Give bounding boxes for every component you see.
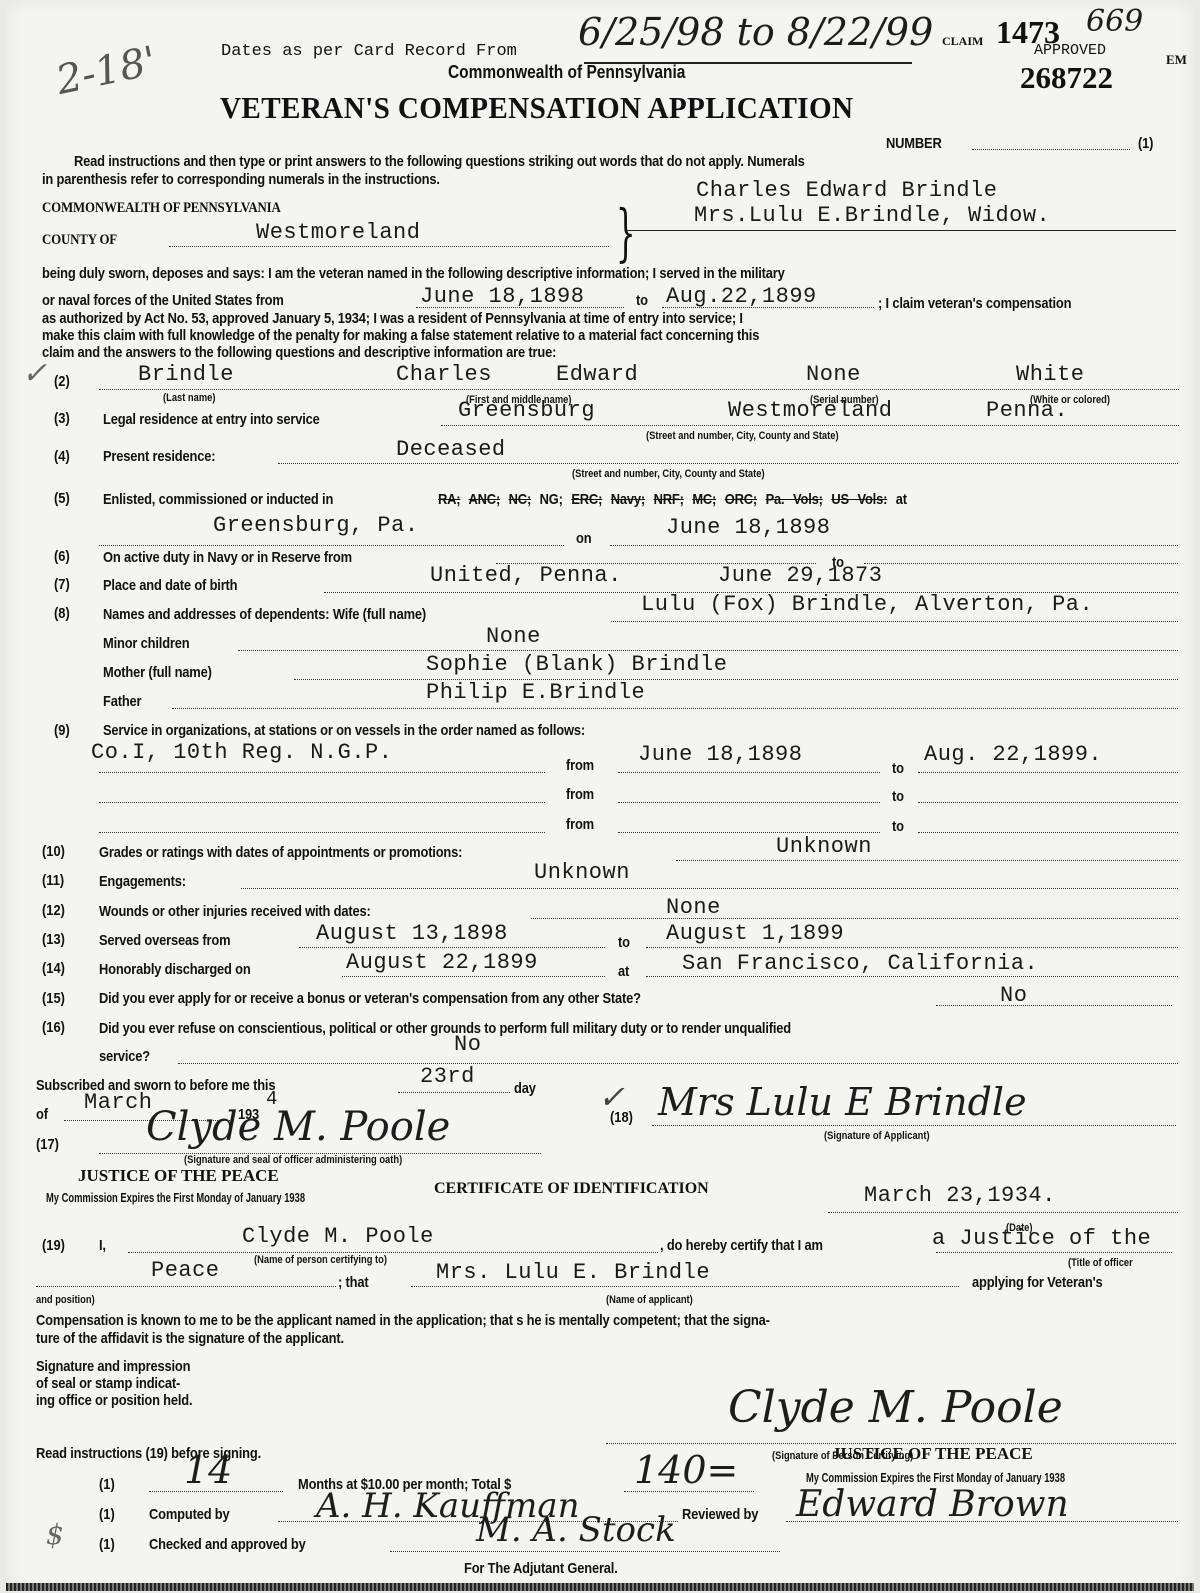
number-ref: (1) bbox=[1138, 135, 1153, 152]
q5-place: Greensburg, Pa. bbox=[213, 513, 419, 538]
oath-to-label: to bbox=[636, 292, 648, 309]
q5-option-ra: RA; bbox=[438, 491, 460, 508]
officer-title-value-1: a Justice of the bbox=[932, 1226, 1151, 1251]
q2-serial: None bbox=[806, 362, 861, 387]
officer-title-field[interactable] bbox=[936, 1252, 1172, 1253]
q8-children: None bbox=[486, 624, 541, 649]
q2-number: (2) bbox=[54, 373, 70, 390]
margin-annotation: 2-18' bbox=[52, 38, 160, 104]
q9-row1-from-label: from bbox=[566, 757, 594, 774]
q8-father-label: Father bbox=[103, 693, 141, 710]
months-value: 14 bbox=[184, 1448, 232, 1492]
q5-options: RA; ANC; NC; NG; ERC; Navy; NRF; MC; ORC… bbox=[438, 491, 907, 508]
officer-caption: (Signature and seal of officer administe… bbox=[184, 1154, 402, 1166]
q4-field[interactable] bbox=[278, 463, 1178, 464]
q10-field[interactable] bbox=[676, 860, 1178, 861]
q8-label: Names and addresses of dependents: Wife … bbox=[103, 606, 426, 623]
q14-date-field[interactable] bbox=[342, 976, 605, 977]
applicant-name: Mrs. Lulu E. Brindle bbox=[436, 1260, 710, 1285]
q2-last-name: Brindle bbox=[138, 362, 234, 387]
q9-row2-to-field[interactable] bbox=[918, 802, 1178, 803]
oath-line2-prefix: or naval forces of the United States fro… bbox=[42, 292, 284, 309]
card-record-label: Dates as per Card Record From bbox=[221, 42, 517, 61]
instructions-line1: Read instructions and then type or print… bbox=[74, 153, 805, 170]
q16-label-continued: service? bbox=[99, 1048, 150, 1065]
q12-value: None bbox=[666, 895, 721, 920]
q9-row1-org: Co.I, 10th Reg. N.G.P. bbox=[91, 740, 392, 765]
q2-caption-last: (Last name) bbox=[163, 392, 215, 404]
that-label: ; that bbox=[338, 1274, 369, 1291]
county-label: COUNTY OF bbox=[42, 232, 117, 249]
affiant-widow: Mrs.Lulu E.Brindle, Widow. bbox=[694, 203, 1050, 228]
brace: } bbox=[616, 196, 636, 269]
oath-line3: as authorized by Act No. 53, approved Ja… bbox=[42, 310, 743, 327]
q7-number: (7) bbox=[54, 576, 70, 593]
q9-row1-from-field[interactable] bbox=[618, 772, 880, 773]
q11-number: (11) bbox=[42, 872, 64, 889]
total-value: 140= bbox=[634, 1448, 738, 1492]
q3-caption: (Street and number, City, County and Sta… bbox=[646, 430, 839, 442]
checked-signature: M. A. Stock bbox=[476, 1510, 676, 1550]
computed-label: Computed by bbox=[149, 1506, 230, 1523]
q13-from-field[interactable] bbox=[299, 947, 605, 948]
q10-number: (10) bbox=[42, 843, 65, 860]
form-title: VETERAN'S COMPENSATION APPLICATION bbox=[220, 90, 853, 126]
q2-first-name: Charles bbox=[396, 362, 492, 387]
jurat-of-label: of bbox=[36, 1106, 48, 1123]
q9-row3-org-field[interactable] bbox=[99, 832, 545, 833]
bottom-border bbox=[6, 1583, 1194, 1591]
certifier-stamp-commission: My Commission Expires the First Monday o… bbox=[806, 1470, 1065, 1485]
certifier-signature: Clyde M. Poole bbox=[728, 1382, 1063, 1433]
q9-row3-to-field[interactable] bbox=[918, 832, 1178, 833]
q12-label: Wounds or other injuries received with d… bbox=[99, 903, 371, 920]
officer-stamp-title: JUSTICE OF THE PEACE bbox=[78, 1166, 279, 1186]
jurat-day-field[interactable] bbox=[398, 1092, 510, 1093]
q9-label: Service in organizations, at stations or… bbox=[103, 722, 585, 739]
q4-number: (4) bbox=[54, 448, 70, 465]
county-field[interactable] bbox=[169, 246, 609, 247]
service-from-value: June 18,1898 bbox=[420, 284, 584, 309]
q7-label: Place and date of birth bbox=[103, 577, 237, 594]
q12-number: (12) bbox=[42, 902, 65, 919]
affiant-field[interactable] bbox=[626, 230, 1176, 231]
q13-from: August 13,1898 bbox=[316, 921, 508, 946]
applicant-signature-field[interactable] bbox=[652, 1125, 1176, 1126]
q2-race: White bbox=[1016, 362, 1085, 387]
q9-row1-to-label: to bbox=[892, 760, 904, 777]
q5-option-navy: Navy; bbox=[611, 491, 645, 508]
q5-at-label: at bbox=[896, 491, 907, 508]
check-mark-icon: ✓ bbox=[22, 356, 47, 391]
q3-state: Penna. bbox=[986, 398, 1068, 423]
reviewed-signature: Edward Brown bbox=[796, 1484, 1069, 1525]
q15-label: Did you ever apply for or receive a bonu… bbox=[99, 990, 641, 1007]
applicant-name-caption: (Name of applicant) bbox=[606, 1294, 693, 1306]
state-label: COMMONWEALTH OF PENNSYLVANIA bbox=[42, 200, 281, 217]
adjutant-label: For The Adjutant General. bbox=[464, 1560, 618, 1577]
q3-label: Legal residence at entry into service bbox=[103, 411, 320, 428]
card-record-dates: 6/25/98 to 8/22/99 bbox=[578, 10, 933, 54]
q9-row3-from-label: from bbox=[566, 816, 594, 833]
q8-mother: Sophie (Blank) Brindle bbox=[426, 652, 727, 677]
certificate-title: CERTIFICATE OF IDENTIFICATION bbox=[434, 1180, 709, 1198]
q4-value: Deceased bbox=[396, 437, 506, 462]
q3-number: (3) bbox=[54, 410, 70, 427]
q2-middle-name: Edward bbox=[556, 362, 638, 387]
q5-option-us-vols: US Vols: bbox=[831, 491, 887, 508]
position-caption: and position) bbox=[36, 1294, 95, 1306]
oath-line2-suffix: ; I claim veteran's compensation bbox=[878, 295, 1071, 312]
q16-label: Did you ever refuse on conscientious, po… bbox=[99, 1020, 791, 1037]
commonwealth-heading: Commonwealth of Pennsylvania bbox=[448, 62, 685, 83]
certify-text: , do hereby certify that I am bbox=[660, 1237, 823, 1254]
q16-field[interactable] bbox=[178, 1063, 1178, 1064]
q7-date: June 29,1873 bbox=[718, 563, 882, 588]
q5-option-mc: MC; bbox=[692, 491, 716, 508]
q10-value: Unknown bbox=[776, 834, 872, 859]
q5-date: June 18,1898 bbox=[666, 515, 830, 540]
q11-label: Engagements: bbox=[99, 873, 186, 890]
jurat-month-value: March bbox=[84, 1090, 153, 1115]
margin-dollar-mark: $ bbox=[46, 1518, 64, 1551]
q7-place: United, Penna. bbox=[430, 563, 622, 588]
q5-option-nc: NC; bbox=[509, 491, 531, 508]
q9-row2-org-field[interactable] bbox=[99, 802, 545, 803]
number-label: NUMBER bbox=[886, 135, 942, 152]
applicant-name-field[interactable] bbox=[411, 1286, 959, 1287]
checked-label: Checked and approved by bbox=[149, 1536, 306, 1553]
q4-label: Present residence: bbox=[103, 448, 215, 465]
certifier-name: Clyde M. Poole bbox=[242, 1224, 434, 1249]
q13-to-label: to bbox=[618, 934, 630, 951]
q14-place-field[interactable] bbox=[646, 976, 1178, 977]
certificate-date-value: March 23,1934. bbox=[864, 1183, 1056, 1208]
certificate-body-line1: Compensation is known to me to be the ap… bbox=[36, 1312, 770, 1329]
q9-row2-from-label: from bbox=[566, 786, 594, 803]
jurat-day-value: 23rd bbox=[420, 1064, 475, 1089]
q5-option-erc: ERC; bbox=[571, 491, 602, 508]
q16-value: No bbox=[454, 1032, 481, 1057]
q11-value: Unknown bbox=[534, 860, 630, 885]
approved-label: APPROVED bbox=[1034, 42, 1106, 59]
service-to-value: Aug.22,1899 bbox=[666, 284, 817, 309]
q3-field[interactable] bbox=[441, 425, 1179, 426]
q5-option-nrf: NRF; bbox=[654, 491, 684, 508]
q5-label: Enlisted, commissioned or inducted in bbox=[103, 491, 333, 508]
jurat-17-number: (17) bbox=[36, 1136, 59, 1153]
oath-line4: make this claim with full knowledge of t… bbox=[42, 327, 759, 344]
q14-number: (14) bbox=[42, 960, 65, 977]
q9-row1-from: June 18,1898 bbox=[638, 742, 802, 767]
number-field[interactable] bbox=[972, 149, 1130, 150]
approved-number: 268722 bbox=[1020, 60, 1113, 96]
seal-label-2: of seal or stamp indicat- bbox=[36, 1375, 180, 1392]
seal-label-1: Signature and impression bbox=[36, 1358, 190, 1375]
applying-text: applying for Veteran's bbox=[972, 1274, 1102, 1291]
q9-row1-to: Aug. 22,1899. bbox=[924, 742, 1102, 767]
q5-on-label: on bbox=[576, 530, 591, 547]
q10-label: Grades or ratings with dates of appointm… bbox=[99, 844, 462, 861]
q15-field[interactable] bbox=[936, 1005, 1172, 1006]
seal-label-3: ing office or position held. bbox=[36, 1392, 192, 1409]
q15-value: No bbox=[1000, 983, 1027, 1008]
q4-caption: (Street and number, City, County and Sta… bbox=[572, 468, 765, 480]
q14-place: San Francisco, California. bbox=[682, 951, 1038, 976]
q5-option-anc: ANC; bbox=[469, 491, 501, 508]
q15-number: (15) bbox=[42, 990, 65, 1007]
county-value: Westmoreland bbox=[256, 220, 420, 245]
q5-option-ng: NG; bbox=[540, 491, 563, 508]
q8-father-field[interactable] bbox=[172, 708, 1178, 709]
q6-to-field[interactable] bbox=[864, 563, 1178, 564]
certificate-body-line2: ture of the affidavit is the signature o… bbox=[36, 1330, 344, 1347]
q11-field[interactable] bbox=[241, 888, 1178, 889]
q8-wife: Lulu (Fox) Brindle, Alverton, Pa. bbox=[641, 592, 1093, 617]
applicant-caption: (Signature of Applicant) bbox=[824, 1130, 930, 1142]
officer-stamp-commission: My Commission Expires the First Monday o… bbox=[46, 1190, 305, 1205]
q9-row3-from-field[interactable] bbox=[618, 832, 880, 833]
oath-line5: claim and the answers to the following q… bbox=[42, 344, 556, 361]
q2-field[interactable] bbox=[99, 389, 1179, 390]
q5-place-field[interactable] bbox=[99, 545, 564, 546]
officer-title-value-2: Peace bbox=[151, 1258, 220, 1283]
reviewed-label: Reviewed by bbox=[682, 1506, 758, 1523]
q6-number: (6) bbox=[54, 548, 70, 565]
computation-number: (1) bbox=[99, 1476, 115, 1493]
oath-line1: being duly sworn, deposes and says: I am… bbox=[42, 265, 785, 282]
q9-row2-to-label: to bbox=[892, 788, 904, 805]
certificate-19-number: (19) bbox=[42, 1237, 65, 1254]
checked-field[interactable] bbox=[390, 1551, 780, 1552]
q16-number: (16) bbox=[42, 1019, 65, 1036]
q9-number: (9) bbox=[54, 722, 70, 739]
jurat-18-number: (18) bbox=[610, 1109, 633, 1126]
q3-city: Greensburg bbox=[458, 398, 595, 423]
q5-number: (5) bbox=[54, 490, 70, 507]
affiant-name: Charles Edward Brindle bbox=[696, 178, 997, 203]
q8-children-label: Minor children bbox=[103, 635, 189, 652]
certifier-stamp-title: JUSTICE OF THE PEACE bbox=[832, 1444, 1033, 1464]
q5-date-field[interactable] bbox=[610, 545, 1178, 546]
q12-field[interactable] bbox=[531, 918, 1178, 919]
instructions-line2: in parenthesis refer to corresponding nu… bbox=[42, 171, 440, 188]
claim-label: CLAIM bbox=[942, 34, 983, 49]
checked-number: (1) bbox=[99, 1536, 115, 1553]
officer-title-caption: (Title of officer bbox=[1068, 1257, 1133, 1269]
q13-label: Served overseas from bbox=[99, 932, 230, 949]
q13-number: (13) bbox=[42, 931, 65, 948]
q8-number: (8) bbox=[54, 605, 70, 622]
certificate-i-label: I, bbox=[99, 1237, 106, 1254]
q9-row2-from-field[interactable] bbox=[618, 802, 880, 803]
q8-children-field[interactable] bbox=[238, 650, 1178, 651]
certifier-name-field[interactable] bbox=[128, 1252, 658, 1253]
jurat-sworn-label: Subscribed and sworn to before me this bbox=[36, 1077, 275, 1094]
q13-to: August 1,1899 bbox=[666, 921, 844, 946]
q14-at-label: at bbox=[618, 963, 629, 980]
q13-to-field[interactable] bbox=[646, 947, 1178, 948]
em-label: EM bbox=[1166, 52, 1187, 68]
claim-number-handwritten: 669 bbox=[1086, 4, 1143, 39]
q14-label: Honorably discharged on bbox=[99, 961, 251, 978]
q8-wife-field[interactable] bbox=[611, 621, 1178, 622]
q9-row1-org-field[interactable] bbox=[99, 772, 545, 773]
computed-number: (1) bbox=[99, 1506, 115, 1523]
application-form: 2-18' Dates as per Card Record From 6/25… bbox=[6, 0, 1194, 1593]
q6-label: On active duty in Navy or in Reserve fro… bbox=[103, 549, 352, 566]
q8-father: Philip E.Brindle bbox=[426, 680, 645, 705]
officer-signature: Clyde M. Poole bbox=[146, 1104, 450, 1150]
jurat-day-label: day bbox=[514, 1080, 536, 1097]
q3-county: Westmoreland bbox=[728, 398, 892, 423]
q14-date: August 22,1899 bbox=[346, 950, 538, 975]
q5-option-pa-vols: Pa. Vols; bbox=[766, 491, 823, 508]
officer-title-field-2[interactable] bbox=[36, 1286, 336, 1287]
certificate-date-field[interactable] bbox=[828, 1212, 1178, 1213]
q9-row3-to-label: to bbox=[892, 818, 904, 835]
q5-option-orc: ORC; bbox=[725, 491, 757, 508]
name-caption: (Name of person certifying to) bbox=[254, 1254, 387, 1266]
q8-mother-label: Mother (full name) bbox=[103, 664, 212, 681]
applicant-signature: Mrs Lulu E Brindle bbox=[658, 1080, 1027, 1124]
q9-row1-to-field[interactable] bbox=[918, 772, 1178, 773]
